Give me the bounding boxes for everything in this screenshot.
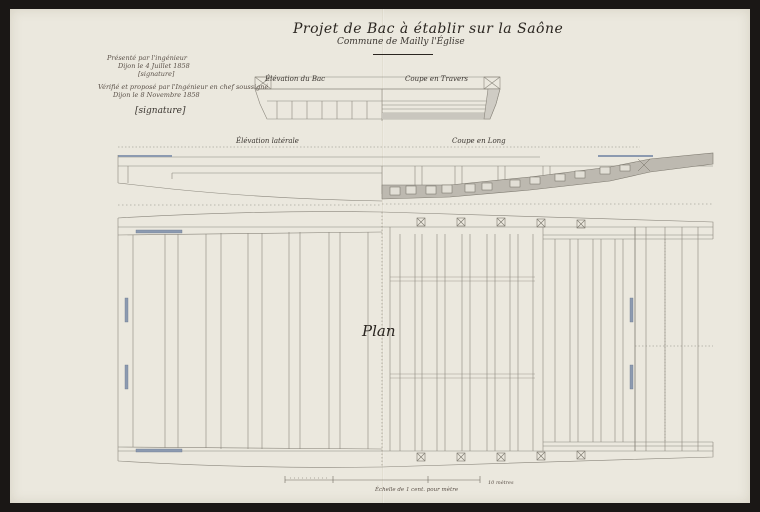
document-title: Projet de Bac à établir sur la Saône [293, 21, 563, 37]
scale-bar [285, 476, 480, 483]
document-frame: Projet de Bac à établir sur la Saône Com… [0, 0, 760, 512]
scale-end-label: 10 mètres [488, 480, 514, 486]
annotation-line: Vérifié et proposé par l'Ingénieur en ch… [98, 83, 268, 91]
label-plan: Plan [362, 322, 396, 340]
cross-section-drawing [255, 77, 500, 121]
label-elevation-bac: Élévation du Bac [265, 75, 325, 83]
title-underline [373, 54, 433, 55]
label-coupe-long: Coupe en Long [452, 137, 506, 145]
paper-sheet: Projet de Bac à établir sur la Saône Com… [10, 9, 750, 503]
annotation-line: Dijon le 8 Novembre 1858 [113, 91, 200, 99]
longitudinal-section-drawing [118, 147, 713, 205]
iron-fittings [125, 230, 633, 452]
scale-label: Échelle de 1 cent. pour mètre [375, 487, 458, 493]
plan-drawing [118, 212, 713, 468]
label-coupe-travers: Coupe en Travers [405, 75, 468, 83]
annotation-signature: [signature] [138, 70, 174, 78]
document-subtitle: Commune de Mailly l'Église [337, 37, 465, 47]
annotation-line: Dijon le 4 Juillet 1858 [118, 62, 190, 70]
annotation-line: Présenté par l'ingénieur [107, 54, 187, 62]
label-elevation-laterale: Élévation latérale [236, 137, 299, 145]
annotation-signature: [signature] [135, 106, 185, 116]
